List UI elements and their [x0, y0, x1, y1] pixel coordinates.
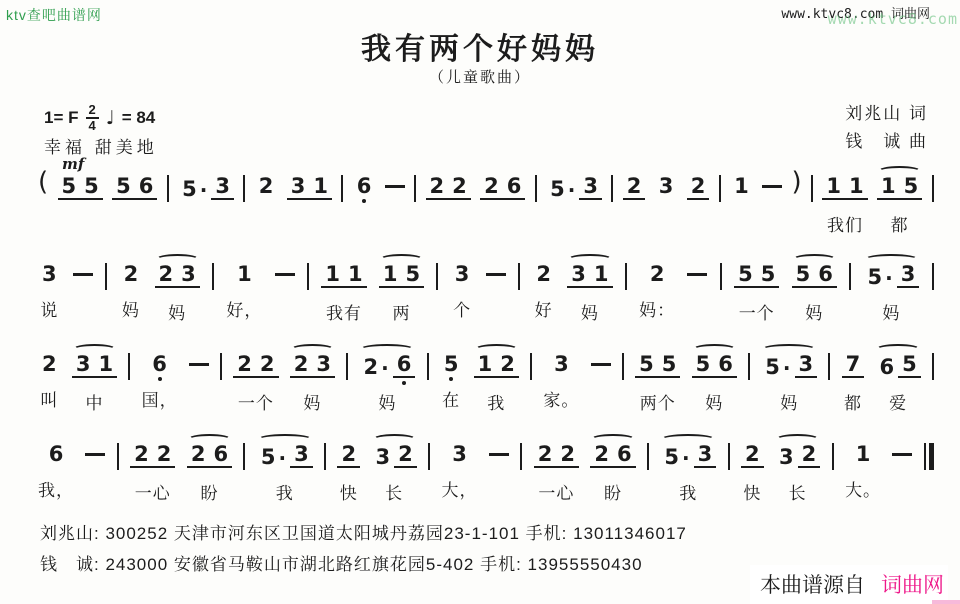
note-digit: 2 — [452, 176, 467, 197]
lyric: 国， — [142, 386, 178, 408]
note-digit: 2 — [260, 354, 275, 375]
note-digit: 5 — [639, 354, 654, 375]
barline-stroke — [828, 353, 830, 380]
final-barline — [924, 434, 934, 470]
barline-stroke — [611, 175, 613, 202]
note-group: 56 — [112, 166, 157, 233]
note-digit: 2 — [536, 264, 551, 285]
lyric: 一个 — [739, 299, 775, 321]
note-group: 32长 — [372, 434, 417, 501]
lyric: 一心 — [538, 479, 574, 501]
contact-info: 刘兆山: 300252 天津市河东区卫国道太阳城丹荔园23-1-101 手机: … — [40, 518, 687, 580]
beamed-notes: 22 — [426, 176, 471, 200]
note-digit: 2 — [237, 354, 252, 375]
note-group: 65爱 — [875, 344, 920, 411]
lyric: 妈 — [780, 389, 798, 411]
note: 1 — [379, 264, 402, 285]
note-group: 2妈 — [120, 254, 143, 318]
note: 1 — [730, 176, 753, 197]
note-digit: 1 — [313, 176, 328, 197]
beamed-notes: 56 — [792, 264, 837, 288]
beamed-notes: 55 — [635, 354, 680, 378]
note: 2 — [187, 444, 210, 465]
note-digit: 1 — [383, 264, 398, 285]
note-group: 2叫 — [38, 344, 61, 408]
note: 6 — [45, 444, 68, 465]
note-group: 3 — [655, 166, 678, 230]
note: 6 — [135, 176, 158, 197]
dash-stroke — [892, 453, 912, 456]
note-digit: 3 — [452, 444, 467, 465]
note: 5 — [792, 264, 815, 285]
note-group: 2·6妈 — [359, 344, 415, 411]
beamed-notes: 15 — [379, 264, 424, 288]
note-digit: 5 — [664, 447, 679, 468]
beamed-notes: 6 — [148, 354, 171, 375]
low-octave-dot — [449, 377, 453, 381]
note-group: 7都 — [842, 344, 865, 411]
note-digit: 6 — [718, 354, 733, 375]
note-digit: 2 — [802, 444, 817, 465]
beamed-notes: 1 — [852, 444, 875, 465]
lyric: 妈 — [882, 299, 900, 321]
note: 1 — [852, 444, 875, 465]
lyric: 妈 — [122, 296, 140, 318]
barline-stroke — [720, 263, 722, 290]
beamed-notes: 26 — [590, 444, 635, 468]
note: 5 — [58, 176, 81, 197]
note: 3 — [312, 354, 335, 375]
note-digit: 2 — [500, 354, 515, 375]
note: 2 — [38, 354, 61, 375]
note-digit: 2 — [42, 354, 57, 375]
note: 2 — [120, 264, 143, 285]
lyric: 我有 — [326, 299, 362, 321]
sustain-dash — [687, 254, 707, 276]
beamed-notes: 2 — [623, 176, 646, 200]
composer-credit: 钱 诚 曲 — [845, 128, 928, 156]
note-group: 2妈： — [639, 254, 675, 318]
site-watermark-link: ktv查吧曲谱网 — [6, 5, 102, 25]
beamed-notes: 56 — [692, 354, 737, 378]
note: 5 — [900, 176, 923, 197]
note: 3 — [177, 264, 200, 285]
note: 2 — [687, 176, 710, 200]
note: 6 — [814, 264, 837, 285]
beamed-notes: 3 — [451, 264, 474, 285]
note: 2 — [155, 264, 178, 285]
note: 1 — [344, 264, 367, 285]
note-digit: 5 — [796, 264, 811, 285]
barline-stroke — [924, 443, 926, 470]
note: 5 — [80, 176, 103, 197]
beamed-notes: 55 — [734, 264, 779, 288]
dash-stroke — [73, 273, 93, 276]
barline-stroke — [307, 263, 309, 290]
note-digit: 6 — [357, 176, 372, 197]
final-barline-group — [924, 434, 934, 470]
note-group: 5·3 — [178, 166, 234, 233]
barline-stroke — [728, 443, 730, 470]
note: 3 — [211, 176, 234, 200]
note-digit: 1 — [325, 264, 340, 285]
note: 2 — [233, 354, 256, 375]
beamed-notes: 23 — [155, 264, 200, 288]
barline — [828, 344, 830, 380]
note: 5 — [112, 176, 135, 197]
note: 5· — [546, 179, 579, 200]
lyric: 我 — [679, 479, 697, 501]
barline-stroke — [243, 443, 245, 470]
beamed-notes: 2 — [741, 444, 764, 468]
beamed-notes: 5·3 — [660, 444, 716, 468]
note-digit: 6 — [213, 444, 228, 465]
note: 6 — [209, 444, 232, 465]
note-group: 12我 — [474, 344, 519, 411]
beamed-notes: 31 — [72, 354, 117, 378]
note-digit: 5 — [761, 264, 776, 285]
note: 1 — [822, 176, 845, 197]
augmentation-dot: · — [682, 448, 690, 468]
note: 2 — [741, 444, 764, 468]
note: 3 — [448, 444, 471, 465]
lyric: 我， — [38, 476, 74, 498]
note-group: 32长 — [775, 434, 820, 501]
note-group: 55两个 — [635, 344, 680, 411]
note-group: 5在 — [440, 344, 463, 408]
note: 1 — [877, 176, 900, 197]
note-digit: 5 — [738, 264, 753, 285]
barline-stroke-thick — [929, 443, 934, 470]
note: 6 — [613, 444, 636, 465]
note-group: 22 — [426, 166, 471, 233]
dash-stroke — [591, 363, 611, 366]
note-group: 5·3妈 — [864, 254, 920, 321]
tempo-value: = 84 — [122, 108, 156, 128]
note-digit: 2 — [259, 176, 274, 197]
note: 7 — [842, 354, 865, 378]
note-group: 26盼 — [187, 434, 232, 501]
barline-stroke — [518, 263, 520, 290]
beamed-notes: 2·6 — [359, 354, 415, 378]
note-digit: 3 — [698, 444, 713, 465]
lyric: 都 — [844, 389, 862, 411]
lyric: 两个 — [640, 389, 676, 411]
barline-stroke — [346, 353, 348, 380]
beamed-notes: 2 — [38, 354, 61, 375]
barline — [341, 166, 343, 202]
note: 2 — [623, 176, 646, 200]
note: 2 — [532, 264, 555, 285]
beamed-notes: 11 — [321, 264, 366, 288]
note: 3 — [897, 264, 920, 288]
note: 2 — [255, 176, 278, 197]
open-parenthesis: ( — [38, 166, 48, 195]
score-line-1: (55565·3231622265·32321)11我们15都 — [38, 166, 934, 233]
barline-stroke — [625, 263, 627, 290]
lyric: 大。 — [845, 476, 881, 498]
note: 2 — [798, 444, 821, 468]
note-digit: 5 — [696, 354, 711, 375]
lyric: 盼 — [200, 479, 218, 501]
beamed-notes: 31 — [567, 264, 612, 288]
lyric: 都 — [891, 211, 909, 233]
key-signature: 1= F — [44, 108, 79, 128]
note-group: 3个 — [451, 254, 474, 318]
note: 3 — [579, 176, 602, 200]
note-group: 23妈 — [155, 254, 200, 321]
lyric: 一个 — [238, 389, 274, 411]
parenthesis-glyph: ) — [792, 169, 802, 195]
augmentation-dot: · — [783, 358, 791, 378]
barline-stroke — [832, 443, 834, 470]
note: 1 — [845, 176, 868, 197]
note-group: 22一个 — [233, 344, 278, 411]
augmentation-dot: · — [381, 358, 389, 378]
barline — [243, 434, 245, 470]
barline — [212, 254, 214, 290]
lyric: 好， — [226, 296, 262, 318]
note: 5· — [864, 267, 897, 288]
barline-stroke — [105, 263, 107, 290]
note-digit: 6 — [49, 444, 64, 465]
beamed-notes: 12 — [474, 354, 519, 378]
note: 3 — [795, 354, 818, 378]
note: 6 — [875, 357, 898, 378]
beamed-notes: 6 — [353, 176, 376, 197]
source-notice: 本曲谱源自 词曲网 — [750, 565, 948, 604]
note-group: 1好， — [226, 254, 262, 318]
note-digit: 3 — [215, 176, 230, 197]
note: 6 — [353, 176, 376, 197]
lyric: 盼 — [604, 479, 622, 501]
lyric: 在 — [442, 386, 460, 408]
note: 1 — [321, 264, 344, 285]
beamed-notes: 1 — [730, 176, 753, 197]
beamed-notes: 5·3 — [761, 354, 817, 378]
note: 2 — [394, 444, 417, 468]
sheet-music-page: ktv查吧曲谱网 www.ktvc8.com 词曲网 www.ktvc8.com… — [0, 0, 960, 604]
barline — [427, 344, 429, 380]
note: 5 — [658, 354, 681, 375]
sustain-dash — [73, 254, 93, 276]
note: 1 — [590, 264, 613, 285]
source-notice-text: 本曲谱源自 — [760, 569, 865, 599]
note: 5 — [440, 354, 463, 375]
watermark-fragment — [932, 600, 960, 604]
sustain-dash — [85, 434, 105, 456]
note: 5· — [660, 447, 693, 468]
note-digit: 5 — [444, 354, 459, 375]
beamed-notes: 5·3 — [864, 264, 920, 288]
note-digit: 3 — [291, 176, 306, 197]
beamed-notes: 3 — [448, 444, 471, 465]
note-group: 11我有 — [321, 254, 366, 321]
note: 1 — [94, 354, 117, 375]
barline-stroke — [243, 175, 245, 202]
barline-stroke — [530, 353, 532, 380]
note-group: 56妈 — [692, 344, 737, 411]
barline — [832, 434, 834, 470]
note-digit: 5 — [116, 176, 131, 197]
dash-stroke — [385, 185, 405, 188]
barline — [414, 166, 416, 202]
score-line-2: 3说2妈23妈1好，11我有15两3个2好31妈2妈：55一个56妈5·3妈 — [38, 254, 934, 321]
barline — [625, 254, 627, 290]
note: 3 — [655, 176, 678, 197]
sustain-dash — [591, 344, 611, 366]
barline — [811, 166, 813, 202]
dash-stroke — [189, 363, 209, 366]
lyric: 大， — [442, 476, 478, 498]
beamed-notes: 26 — [187, 444, 232, 468]
dash-stroke — [275, 273, 295, 276]
note-digit: 3 — [571, 264, 586, 285]
note-digit: 2 — [691, 176, 706, 197]
note-group: 1大。 — [845, 434, 881, 498]
barline-stroke — [117, 443, 119, 470]
composer-contact: 钱 诚: 243000 安徽省马鞍山市湖北路红旗花园5-402 手机: 1395… — [40, 549, 687, 580]
barline — [622, 344, 624, 380]
note: 5· — [257, 447, 290, 468]
sustain-dash — [275, 254, 295, 276]
lyric: 妈 — [168, 299, 186, 321]
note-group: 22一心 — [534, 434, 579, 501]
barline — [243, 166, 245, 202]
beamed-notes: 2 — [646, 264, 669, 285]
note-group: 15都 — [877, 166, 922, 233]
lyric: 我 — [487, 389, 505, 411]
barline-stroke — [427, 353, 429, 380]
barline-stroke — [647, 443, 649, 470]
dash-stroke — [762, 185, 782, 188]
barline-stroke — [341, 175, 343, 202]
lyric: 两 — [393, 299, 411, 321]
note-group: 15两 — [379, 254, 424, 321]
note: 1 — [233, 264, 256, 285]
note-digit: 3 — [455, 264, 470, 285]
note-group: 5·3我 — [660, 434, 716, 501]
barline — [167, 166, 169, 202]
note-digit: 2 — [341, 444, 356, 465]
note-group: 5·3我 — [257, 434, 313, 501]
note-digit: 3 — [901, 264, 916, 285]
beamed-notes: 2 — [120, 264, 143, 285]
note: 6 — [148, 354, 171, 375]
note: 2 — [130, 444, 153, 465]
note-digit: 3 — [42, 264, 57, 285]
note-digit: 3 — [554, 354, 569, 375]
barline — [720, 254, 722, 290]
note: 5 — [734, 264, 757, 285]
note: 2 — [646, 264, 669, 285]
time-signature-numerator: 2 — [86, 103, 99, 119]
note: 1 — [474, 354, 497, 375]
note-digit: 6 — [617, 444, 632, 465]
note-digit: 1 — [826, 176, 841, 197]
beamed-notes: 32 — [775, 444, 820, 468]
sustain-dash — [486, 254, 506, 276]
note-group: 6我， — [38, 434, 74, 498]
note: 2 — [448, 176, 471, 197]
barline-stroke — [535, 175, 537, 202]
low-octave-dot — [402, 381, 406, 385]
note-digit: 5 — [868, 267, 883, 288]
barline-stroke — [220, 353, 222, 380]
note: 3 — [451, 264, 474, 285]
lyric: 快 — [340, 479, 358, 501]
lyric: 妈 — [581, 299, 599, 321]
note-digit: 3 — [583, 176, 598, 197]
beamed-notes: 32 — [372, 444, 417, 468]
beamed-notes: 3 — [655, 176, 678, 197]
note-digit: 6 — [139, 176, 154, 197]
barline — [117, 434, 119, 470]
note-digit: 2 — [627, 176, 642, 197]
lyric: 妈 — [303, 389, 321, 411]
note: 5· — [178, 179, 211, 200]
note-digit: 1 — [98, 354, 113, 375]
lyric: 长 — [385, 479, 403, 501]
note: 3 — [694, 444, 717, 468]
barline — [535, 166, 537, 202]
barline — [932, 344, 934, 380]
note-digit: 5 — [765, 357, 780, 378]
note-group: 31中 — [72, 344, 117, 411]
note-group: 1 — [730, 166, 753, 230]
barline-stroke — [932, 353, 934, 380]
note-group: 11我们 — [822, 166, 867, 233]
note-digit: 2 — [124, 264, 139, 285]
dash-stroke — [85, 453, 105, 456]
note-digit: 2 — [484, 176, 499, 197]
beamed-notes: 6 — [45, 444, 68, 465]
note-digit: 2 — [560, 444, 575, 465]
score-line-3: 2叫31中6国，22一个23妈2·6妈5在12我3家。55两个56妈5·3妈7都… — [38, 344, 934, 411]
lyric: 我们 — [827, 211, 863, 233]
note-group: 22一心 — [130, 434, 175, 501]
barline-stroke — [748, 353, 750, 380]
barline-stroke — [622, 353, 624, 380]
lyric: 妈： — [639, 296, 675, 318]
barline — [128, 344, 130, 380]
note: 2 — [153, 444, 176, 465]
note-digit: 5 — [662, 354, 677, 375]
note: 2 — [556, 444, 579, 465]
note-digit: 1 — [478, 354, 493, 375]
barline-stroke — [324, 443, 326, 470]
note-digit: 6 — [152, 354, 167, 375]
time-signature: 2 4 — [86, 103, 99, 134]
lyric: 叫 — [40, 386, 58, 408]
note-digit: 7 — [846, 354, 861, 375]
beamed-notes: 2 — [255, 176, 278, 197]
sustain-dash — [489, 434, 509, 456]
beamed-notes: 5·3 — [546, 176, 602, 200]
note-digit: 3 — [316, 354, 331, 375]
note-group: 6 — [353, 166, 376, 230]
beamed-notes: 5·3 — [257, 444, 313, 468]
note: 2 — [480, 176, 503, 197]
lyric: 一心 — [135, 479, 171, 501]
key-and-tempo: 1= F 2 4 ♩ = 84 — [44, 103, 155, 134]
note: 3 — [38, 264, 61, 285]
note-digit: 6 — [397, 354, 412, 375]
barline — [932, 254, 934, 290]
barline-stroke — [128, 353, 130, 380]
lyric: 好 — [535, 296, 553, 318]
note: 2 — [426, 176, 449, 197]
